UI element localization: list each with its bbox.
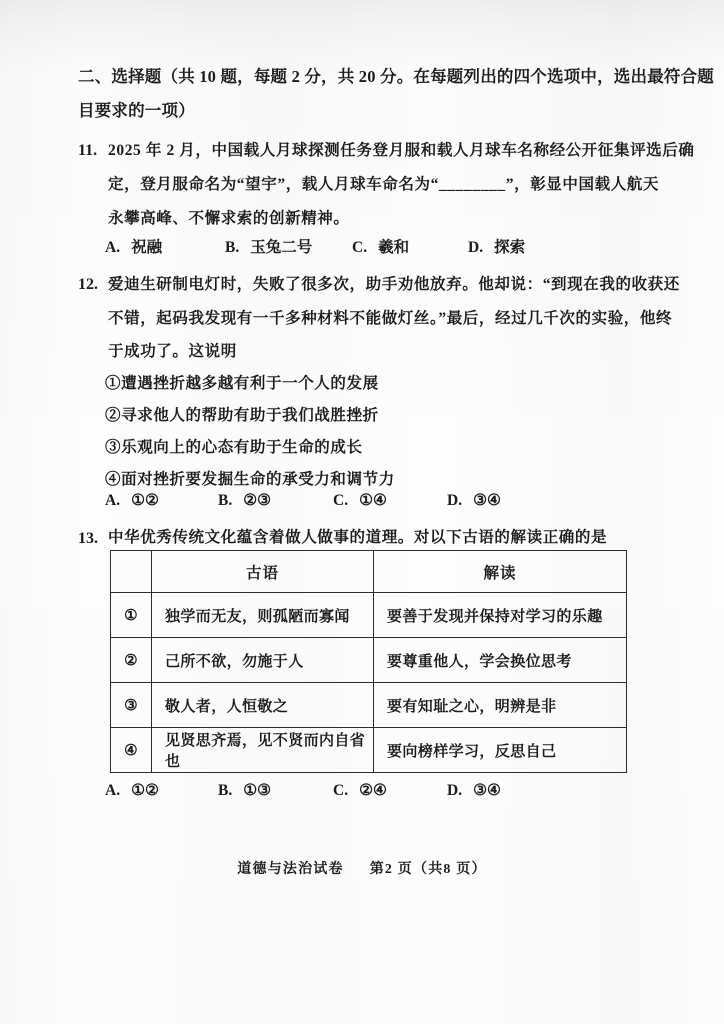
question-12: 12. 爱迪生研制电灯时，失败了很多次，助手劝他放弃。他却说：“到现在我的收获还… bbox=[78, 268, 663, 369]
stem-line: 爱迪生研制电灯时，失败了很多次，助手劝他放弃。他却说：“到现在我的收获还 bbox=[108, 268, 663, 302]
option-label: A. bbox=[105, 492, 120, 509]
stem-line: 2025 年 2 月，中国载人月球探测任务登月服和载人月球车名称经公开征集评选后… bbox=[108, 134, 663, 168]
question-12-options: A.①② B.②③ C.①④ D.③④ bbox=[78, 486, 663, 516]
row-jiedu: 要向榜样学习，反思自己 bbox=[374, 728, 627, 773]
option-label: D. bbox=[468, 239, 483, 256]
question-12-number: 12. bbox=[78, 268, 108, 302]
option-11-d: D.探索 bbox=[468, 233, 663, 263]
section-header-line-1: 二、选择题（共 10 题，每题 2 分，共 20 分。在每题列出的四个选项中，选… bbox=[78, 60, 658, 94]
header-cell-guyu: 古语 bbox=[152, 551, 374, 593]
option-label: D. bbox=[447, 782, 462, 799]
table-row: ① 独学而无友，则孤陋而寡闻 要善于发现并保持对学习的乐趣 bbox=[111, 593, 627, 638]
statement-2: ②寻求他人的帮助有助于我们战胜挫折 bbox=[105, 400, 663, 432]
statement-1: ①遭遇挫折越多越有利于一个人的发展 bbox=[105, 368, 663, 400]
option-text: ①④ bbox=[359, 492, 387, 509]
row-num: ④ bbox=[111, 728, 152, 773]
option-label: C. bbox=[333, 492, 348, 509]
section-header: 二、选择题（共 10 题，每题 2 分，共 20 分。在每题列出的四个选项中，选… bbox=[78, 60, 658, 128]
question-11: 11. 2025 年 2 月，中国载人月球探测任务登月服和载人月球车名称经公开征… bbox=[78, 134, 663, 236]
table-row: ④ 见贤思齐焉，见不贤而内自省也 要向榜样学习，反思自己 bbox=[111, 728, 627, 773]
question-11-stem: 2025 年 2 月，中国载人月球探测任务登月服和载人月球车名称经公开征集评选后… bbox=[78, 134, 663, 236]
option-text: ①③ bbox=[243, 782, 271, 799]
option-12-a: A.①② bbox=[105, 486, 218, 516]
option-text: ③④ bbox=[473, 782, 501, 799]
option-13-b: B.①③ bbox=[218, 776, 333, 806]
stem-line: 永攀高峰、不懈求索的创新精神。 bbox=[108, 202, 663, 236]
page-indicator: 第2 页（共8 页） bbox=[370, 862, 487, 877]
row-jiedu: 要有知耻之心，明辨是非 bbox=[374, 683, 627, 728]
option-13-c: C.②④ bbox=[333, 776, 447, 806]
question-13-number: 13. bbox=[78, 522, 108, 556]
option-text: 祝融 bbox=[131, 239, 162, 256]
exam-title: 道德与法治试卷 bbox=[237, 862, 343, 877]
option-text: ②③ bbox=[243, 492, 271, 509]
table-header-row: 古语 解读 bbox=[111, 551, 627, 593]
option-text: 羲和 bbox=[378, 239, 409, 256]
table-row: ② 己所不欲，勿施于人 要尊重他人，学会换位思考 bbox=[111, 638, 627, 683]
question-12-statements: ①遭遇挫折越多越有利于一个人的发展 ②寻求他人的帮助有助于我们战胜挫折 ③乐观向… bbox=[78, 368, 663, 496]
row-jiedu: 要善于发现并保持对学习的乐趣 bbox=[374, 593, 627, 638]
option-text: ①② bbox=[131, 492, 159, 509]
option-label: B. bbox=[225, 239, 239, 256]
row-jiedu: 要尊重他人，学会换位思考 bbox=[374, 638, 627, 683]
question-12-stem: 爱迪生研制电灯时，失败了很多次，助手劝他放弃。他却说：“到现在我的收获还 不错，… bbox=[78, 268, 663, 369]
header-cell-jiedu: 解读 bbox=[374, 551, 627, 593]
row-num: ② bbox=[111, 638, 152, 683]
option-text: ②④ bbox=[359, 782, 387, 799]
option-text: ③④ bbox=[473, 492, 501, 509]
option-label: A. bbox=[105, 782, 120, 799]
stem-line: 不错，起码我发现有一千多种材料不能做灯丝。”最后，经过几千次的实验，他终 bbox=[108, 302, 663, 336]
question-11-options: A.祝融 B.玉兔二号 C.羲和 D.探索 bbox=[78, 233, 663, 263]
option-label: C. bbox=[333, 782, 348, 799]
table-row: ③ 敬人者，人恒敬之 要有知耻之心，明辨是非 bbox=[111, 683, 627, 728]
scanned-exam-page: 二、选择题（共 10 题，每题 2 分，共 20 分。在每题列出的四个选项中，选… bbox=[0, 0, 724, 1024]
option-label: B. bbox=[218, 782, 232, 799]
option-12-d: D.③④ bbox=[447, 486, 663, 516]
row-guyu: 敬人者，人恒敬之 bbox=[152, 683, 374, 728]
row-num: ① bbox=[111, 593, 152, 638]
option-13-a: A.①② bbox=[105, 776, 218, 806]
option-text: 玉兔二号 bbox=[250, 239, 312, 256]
stem-line: 定，登月服命名为“望宇”，载人月球车命名为“________”，彰显中国载人航天 bbox=[108, 168, 663, 202]
option-11-b: B.玉兔二号 bbox=[225, 233, 352, 263]
row-guyu: 己所不欲，勿施于人 bbox=[152, 638, 374, 683]
stem-line: 于成功了。这说明 bbox=[108, 335, 663, 369]
option-13-d: D.③④ bbox=[447, 776, 663, 806]
row-num: ③ bbox=[111, 683, 152, 728]
option-11-a: A.祝融 bbox=[105, 233, 225, 263]
header-cell-empty bbox=[111, 551, 152, 593]
option-label: C. bbox=[352, 239, 367, 256]
question-13-options: A.①② B.①③ C.②④ D.③④ bbox=[78, 776, 663, 806]
page-footer: 道德与法治试卷第2 页（共8 页） bbox=[0, 858, 724, 878]
question-11-number: 11. bbox=[78, 134, 108, 168]
option-12-b: B.②③ bbox=[218, 486, 333, 516]
option-label: B. bbox=[218, 492, 232, 509]
option-text: ①② bbox=[131, 782, 159, 799]
ancient-sayings-table: 古语 解读 ① 独学而无友，则孤陋而寡闻 要善于发现并保持对学习的乐趣 ② 己所… bbox=[110, 550, 627, 773]
row-guyu: 见贤思齐焉，见不贤而内自省也 bbox=[152, 728, 374, 773]
section-header-line-2: 目要求的一项） bbox=[78, 94, 658, 128]
option-label: A. bbox=[105, 239, 120, 256]
option-11-c: C.羲和 bbox=[352, 233, 468, 263]
option-text: 探索 bbox=[494, 239, 525, 256]
row-guyu: 独学而无友，则孤陋而寡闻 bbox=[152, 593, 374, 638]
option-label: D. bbox=[447, 492, 462, 509]
statement-3: ③乐观向上的心态有助于生命的成长 bbox=[105, 432, 663, 464]
option-12-c: C.①④ bbox=[333, 486, 447, 516]
